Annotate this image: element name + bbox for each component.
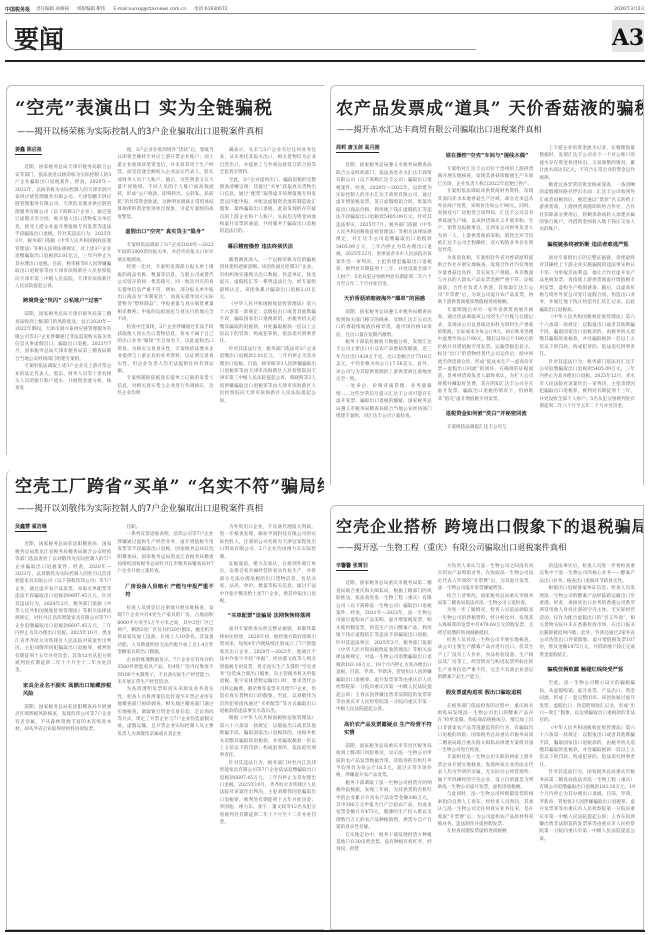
issue-date: 2026年3月2日 <box>614 6 645 12</box>
body-paragraph: 为外贸出口企业，不具备代理报关资质。进一步核查发现，廊坊亨润科技有限公司的实际控… <box>220 524 316 561</box>
body-paragraph: 前期，国家税务总局重庆市荣昌区税务局收到上级部门风险推送，显示泓一生物公司申报的… <box>336 743 432 780</box>
designer-credit: 组版编辑 靳伟 <box>77 6 105 12</box>
body-paragraph: 为进一步了解情况，检查人员依法调取泓一生物公司的涉税资料，经分析比对，发现其入账… <box>438 607 534 637</box>
section-subheading: 家具企业名不副实 高额出口暗藏涉税风险 <box>15 682 111 698</box>
body-paragraph: 专案组对泓一生物公司关联的两家上游开票企业开展实地核查，发现两家企业的法定代表人… <box>438 754 534 791</box>
body-paragraph: 专案组依法调取上述3户企业及上游开票企业的法定代表人、股东、财务人员等十余名相关… <box>15 363 111 393</box>
body-paragraph: 至此，泓一生物公司精心设计的骗税骗局，从虚假购销、虚开发票、产品出口、资金回流，… <box>539 680 635 724</box>
section-subheading: 骗税伎俩败露 触碰红线终受严惩 <box>539 666 635 674</box>
article-columns: 辛馨馨 张霄羽近期，国家税务总局重庆市税务局第二稽查局联合重庆海关缉私局，根据上… <box>331 553 643 854</box>
phone-number: 电话:61930072 <box>194 6 227 12</box>
body-paragraph: 方负责人承认与泓一生物公司之间没有真实的农产品购销业务，在收取泓一生物公司法定代… <box>438 563 534 593</box>
section-subheading: 厂房设备人员缩水 产能与申报严重不符 <box>117 583 213 599</box>
body-paragraph: 近期，国家税务总局天津市税务局联合公安等部门，依法查处以杨荣栋为实际控制人的3户… <box>15 164 111 290</box>
body-paragraph: 经逐一比对，专案组发现部分报关单上填报的商品名称、数量等信息，与船公司或货代公司… <box>117 264 213 323</box>
header-divider <box>5 60 645 62</box>
body-paragraph: 一系列反常迹象表明，浩玮公司等7户企业涉嫌通过虚构生产经营业务，虚开增值税专用发… <box>117 531 213 575</box>
text-column: 上下游企业的资金流水记录，在梳理海量数据时，发现汇达丰公司名下一个对公账户的流水… <box>539 145 635 431</box>
body-paragraph: 近期，国家税务总局重庆市税务局第二稽查局联合重庆海关缉私局，根据上级部门的风险推… <box>336 580 432 713</box>
body-paragraph: 与此同时，泓一生物公司所购假发票的线索指向自然人王春东。经检查人员询问，其承认与… <box>438 791 534 828</box>
byline: 周莉 唐玉剑 高月刚 <box>336 145 379 153</box>
body-paragraph: 《中华人民共和国税收征收管理法》第六十六条第一款规定：以假报出口或者其他欺骗手段… <box>539 725 635 769</box>
body-paragraph: 税务干部调取了泓一生物公司供货方的纳税申报数据，发现三年间，为其供货的有机红枣的… <box>336 780 432 832</box>
section-subheading: 骗税链条终被斩断 违法者难逃严惩 <box>539 241 635 249</box>
body-paragraph: 至此，3户企业虚构出口、骗取退税的完整链条清晰呈现：其通过“买单”获取真实货物出… <box>220 177 316 236</box>
body-paragraph: 企业的账簿数据显示，7户企业应有库存约3500件智能家具产品，但4处厂房内仅堆放… <box>117 657 213 687</box>
article-liu-jingwei-case: 空壳工厂跨省“买单” “名实不符”骗局终破——揭开以刘敬伟为实际控制人的7户企业… <box>6 470 324 930</box>
article-subheadline: ——揭开以杨荣栋为实际控制人的3户企业骗取出口退税案件真相 <box>17 125 324 137</box>
byline: 姜鑫 陈启祖 <box>15 147 42 155</box>
body-paragraph: 面对专案组查实的完整证据链，刘敬伟最终如实供述，2020年初，他经地方政府招商引… <box>220 626 316 715</box>
body-paragraph: 近期，国家税务总局驻沈阳稽查局、国家税务总局黑龙江省税务局稽查局联合公安经侦等部… <box>15 541 111 674</box>
article-columns: 吴鑫慧 翟洁琳近期，国家税务总局驻沈阳稽查局、国家税务总局黑龙江省税务局稽查局联… <box>7 514 324 826</box>
body-paragraph: 根据出口退税备案单证信息，检查人员发现泓一生物公司的酵素产品经陆路运输出口至香港… <box>539 585 635 659</box>
section-subheading: 谁在操控“空壳”车间与“提线木偶” <box>438 152 534 160</box>
body-paragraph: 证据面前，褚力东承认，在接到外商订单后，安排自家亲属经营的家具作坊生产，并将部分… <box>220 561 316 605</box>
body-paragraph: 在检查问题发票虚构进项税额 <box>438 828 534 835</box>
page-number-badge: A3 <box>612 20 644 52</box>
footer-divider <box>5 930 645 932</box>
article-columns: 周莉 唐玉剑 高月刚近期，国家税务总局遵义市税务局稽查局联合公安经侦部门，依法查… <box>331 135 643 431</box>
body-paragraph: 《中华人民共和国税收征收管理法》第六十六条第一款规定：以假报出口或者其他欺骗手段… <box>539 314 635 358</box>
section-subheading: 天价香菇浓缩液海外“爆单”的困惑 <box>336 295 432 303</box>
text-column: 姜鑫 陈启祖近期，国家税务总局天津市税务局联合公安等部门，依法查处以杨荣栋为实际… <box>15 147 111 405</box>
body-paragraph: 专案组随后对另一家外省供货商展开核查，通过依法调取该公司的生产台账与仓储记录，发… <box>438 307 534 403</box>
body-paragraph: 针对其违法行为，税务部门对牡丹江浩玮智能家具有限公司等7户企业依法追缴骗取出口退… <box>220 760 316 827</box>
text-column: 方负责人承认与泓一生物公司之间没有真实的农产品购销业务，在收取泓一生物公司法定代… <box>438 563 534 854</box>
body-paragraph: 税务干部依托税收大数据分析，发现汇达丰公司主要出口小众农产品香菇浓缩液，近三年合… <box>336 339 432 383</box>
editor-credit: 责任编辑 孙修铸 <box>36 6 69 12</box>
body-paragraph: 结合上述情况，国家税务总局重庆市税务局第二稽查局依法对泓一生物公司立案检查。 <box>438 593 534 608</box>
body-paragraph: 面对专案组出示的完整证据链，余建最终对其操控上下游企业实施骗税的违法事实供认不讳… <box>539 255 635 314</box>
text-column: 辛馨馨 张霄羽近期，国家税务总局重庆市税务局第二稽查局联合重庆海关缉私局，根据上… <box>336 563 432 854</box>
text-column: 的违法事实后，检查人员进一步将检查重点集中于泓一生物公司的核心业务——酵素产品出… <box>539 563 635 854</box>
body-paragraph: 检查人员对泓一生物公司开展实地核查，该公司主要生产酵素产品并进行出口，但其生产工… <box>438 637 534 681</box>
article-subheadline: ——揭开以刘敬伟为实际控制人的7户企业骗取出口退税案件真相 <box>17 502 324 514</box>
body-paragraph: 检查人员到登记注册地开展实地核查，发现7户企业共有4处生产家具的厂房，占地面积6… <box>117 605 213 657</box>
body-paragraph: 前期，国家税务总局驻沈阳稽查局开展重点区域涉税风险核查，发现浩玮公司等7户企业有… <box>15 704 111 734</box>
byline: 辛馨馨 张霄羽 <box>336 563 368 571</box>
text-column: 周莉 唐玉剑 高月刚近期，国家税务总局遵义市税务局稽查局联合公安经侦部门，依法查… <box>336 145 432 431</box>
text-column: 吴鑫慧 翟洁琳近期，国家税务总局驻沈阳稽查局、国家税务总局黑龙江省税务局稽查局联… <box>15 524 111 826</box>
body-paragraph: 检查中还发现，3户企业涉嫌通过非法手段获取他人真实出口货物信息，将本不属于自己的… <box>117 324 213 376</box>
body-paragraph: 专案组依法调取该供货商财务资料，发现其面向赤水本地香菇生产区域，却舍近求远从外省… <box>438 188 534 255</box>
text-column: 任职。一系列反常迹象表明，浩玮公司等7户企业涉嫌通过虚构生产经营业务，虚开增值税… <box>117 524 213 826</box>
body-paragraph: 顺着这条异常的资金线索深查，一条清晰的虚假循环路径浮出水面：汇达丰公司收到外汇或… <box>539 182 635 234</box>
body-paragraph: 根据《中华人民共和国税收征收管理法》第六十六条第一款规定：以假报出口或者其他欺骗… <box>220 715 316 759</box>
byline: 吴鑫慧 翟洁琳 <box>15 524 47 532</box>
body-paragraph: 针对其违法行为，税务部门依法对3户企业追缴出口退税款2.01亿元，三年内停止为其… <box>220 346 316 405</box>
article-columns: 姜鑫 陈启祖近期，国家税务总局天津市税务局联合公安等部门，依法查处以杨荣栋为实际… <box>7 137 324 405</box>
body-paragraph: 一处多企、价格背离常理、业务量暴增……这些异常信号提示汇达丰公司可能存在虚开发票… <box>336 383 432 420</box>
body-paragraph: 专案组依法调取汇达丰公司与 <box>438 424 534 431</box>
body-paragraph: 上下游企业的资金流水记录，在梳理海量数据时，发现汇达丰公司名下一个对公账户的流水… <box>539 145 635 182</box>
text-column: 谁在操控“空壳”车间与“提线木偶”专案组对汇达丰公司位于贵州的上游供货商开展实地… <box>438 145 534 431</box>
body-paragraph: 现，3户企业在收到境外“货款”后，划账当日即将全额转至对应上游开票企业账户；而上… <box>117 147 213 221</box>
article-headline: 空壳企业搭桥 跨境出口假象下的退税骗局 <box>336 514 643 537</box>
body-paragraph: 任职。 <box>117 524 213 531</box>
article-headline: 农产品发票成“道具” 天价香菇液的骗税迷局 <box>336 94 643 119</box>
section-subheading: 跨境资金“快闪” 公私账户“过客” <box>15 297 111 305</box>
body-paragraph: 在实地走访中，税务干部发现供货方种植基地只有30亩黄金梨，没有种植有机红枣，经询… <box>336 832 432 854</box>
body-paragraph: 为查清透明发票的真实来源及业务真实性，检查人员将涉案信息传递至开票企业所在地稽查… <box>117 686 213 738</box>
body-paragraph: 在税务部门依法检查的过程中，重庆海关缉私局发现泓一生物公司出口的酵素产品存在“检… <box>438 703 534 755</box>
article-headline: “空壳”表演出口 实为全链骗税 <box>15 94 324 120</box>
body-paragraph: 近期，国家税务总局遵义市税务局稽查局联合公安经侦部门，依法查处赤水汇达丰商贸有限… <box>336 162 432 288</box>
section-subheading: 高价农产品发票露疑点 生产经营不符实情 <box>336 721 432 737</box>
text-column: 现，3户企业在收到境外“货款”后，划账当日即将全额转至对应上游开票企业账户；而上… <box>117 147 213 405</box>
article-hongyi-bio-case: 空壳企业搭桥 跨境出口假象下的退税骗局——揭开泓一生物工程（重庆）有限公司骗取出… <box>330 505 644 930</box>
body-paragraph: 前期，国家税务总局天津市税务局第三稽查局收到上级部门的风险推送，显示2020年—… <box>15 311 111 363</box>
body-paragraph: 专案组对汇达丰公司位于贵州的上游供货商开展实地核查，发现其香菇浓缩液生产车间已关… <box>438 166 534 188</box>
body-paragraph: 专案组依法调取了3户企业2020年—2022年间的2000余份报关单，并赴外省报… <box>117 242 213 264</box>
text-column: 为外贸出口企业，不具备代理报关资质。进一步核查发现，廊坊亨润科技有限公司的实际控… <box>220 524 316 826</box>
body-paragraph: 前期，国家税务总局遵义市税务局稽查局收到海关部门移交的线索，反映汇达丰公司出口的… <box>336 309 432 339</box>
article-headline: 空壳工厂跨省“买单” “名实不符”骗局终破 <box>15 472 324 497</box>
body-paragraph: 的违法事实后，检查人员进一步将检查重点集中于泓一生物公司的核心业务——酵素产品出… <box>539 563 635 585</box>
article-subheadline: ——揭开泓一生物工程（重庆）有限公司骗取出口退税案件真相 <box>337 542 643 553</box>
article-chishui-huidafeng-case: 农产品发票成“道具” 天价香菇液的骗税迷局——揭开赤水汇达丰商贸有限公司骗取出口… <box>330 85 644 485</box>
article-subheadline: ——揭开赤水汇达丰商贸有限公司骗取出口退税案件真相 <box>337 124 643 135</box>
body-paragraph: 为查清真相，专案组赴外省对香菇原料提供合作社开展实地核查。发现合作社内仅堆放少量… <box>438 255 534 307</box>
section-title: 要闻 <box>14 20 64 56</box>
section-subheading: 退税资金如何被“洗白”并秘密回流 <box>438 410 534 418</box>
section-subheading: 假发票虚构进项 假出口骗取退税 <box>438 689 534 697</box>
email-link[interactable]: E-mail:sunxq@ctaxnews.com.cn <box>113 7 186 12</box>
article-yang-rongdong-case: “空壳”表演出口 实为全链骗税——揭开以杨荣栋为实际控制人的3户企业骗取出口退税… <box>6 85 324 455</box>
body-paragraph: 《中华人民共和国税收征收管理法》第六十六条第一款规定：以假报出口或者其他欺骗手段… <box>220 301 316 345</box>
body-paragraph: 确表示，从未与3户企业有过任何业务往来，从未委托其报关出口，相关货物均为企业自营… <box>220 147 316 177</box>
section-subheading: “买单配票”设骗局 法网恢恢终落网 <box>220 612 316 620</box>
body-paragraph: 针对其违法行为，税务部门依法对汇达丰公司追缴骗取出口退税款5405.09万元，三… <box>539 359 635 411</box>
text-column: 确表示，从未与3户企业有过任何业务往来，从未委托其报关出口，相关货物均为企业自营… <box>220 147 316 405</box>
section-frame <box>6 20 476 50</box>
paper-name: 中国税务报 <box>5 6 30 13</box>
section-subheading: 虚假出口“空壳” 真实货主“隐身” <box>117 228 213 236</box>
section-subheading: 幕后精密操控 违法终须伏法 <box>220 243 316 251</box>
body-paragraph: 针对其违法行为，国家税务总局重庆市税务局第二稽查局依法对泓一生物工程（重庆）有限… <box>539 769 635 843</box>
body-paragraph: 专案组随即依据真实提单上记载的发货人信息，对相关真实货主企业进行外调核实，这些企… <box>117 375 213 397</box>
masthead-divider <box>5 13 645 14</box>
body-paragraph: 随着调查深入，一个以杨荣栋为首的骗税团伙架构逐渐清晰。该团伙通过控制3户企业，有… <box>220 257 316 301</box>
